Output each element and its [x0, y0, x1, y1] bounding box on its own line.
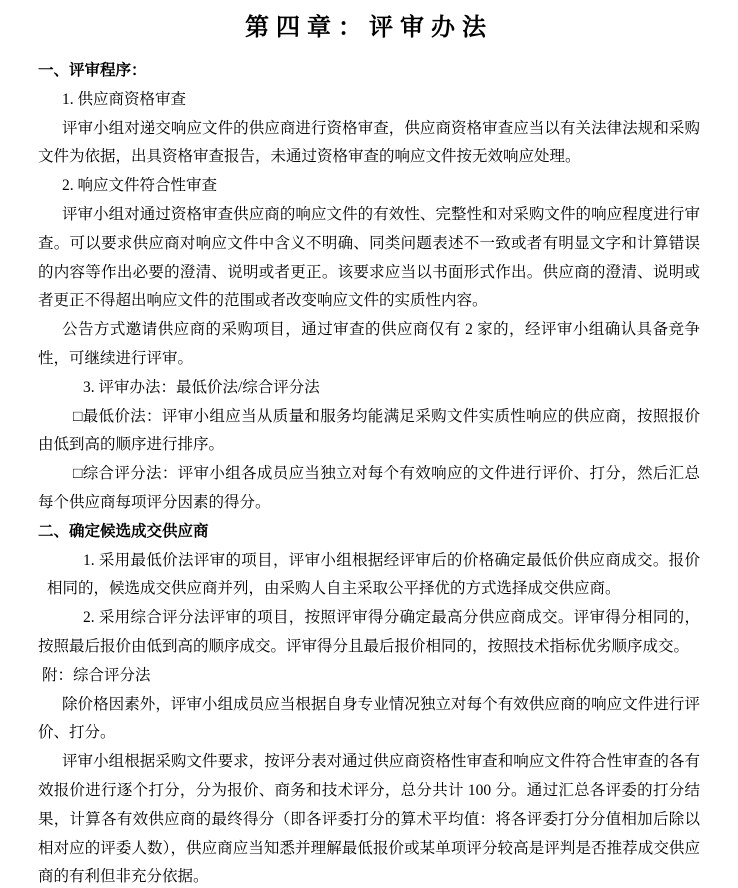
section-2-heading: 二、确定候选成交供应商: [38, 518, 700, 547]
paragraph-appendix-label: 附：综合评分法: [38, 662, 700, 691]
paragraph-lowest-price-award-rule: 1. 采用最低价法评审的项目，评审小组根据经评审后的价格确定最低价供应商成交。报…: [38, 547, 700, 605]
paragraph-comprehensive-award-rule: 2. 采用综合评分法评审的项目，按照评审得分确定最高分供应商成交。评审得分相同的…: [38, 604, 700, 662]
document-body: 一、评审程序：1. 供应商资格审查评审小组对递交响应文件的供应商进行资格审查，供…: [38, 57, 700, 888]
paragraph-qualification-review-body: 评审小组对递交响应文件的供应商进行资格审查，供应商资格审查应当以有关法律法规和采…: [38, 115, 700, 173]
section-1-heading: 一、评审程序：: [38, 57, 700, 86]
document-page: { "document": { "title": "第四章：评审办法", "pa…: [0, 0, 738, 888]
chapter-title: 第四章：评审办法: [38, 12, 700, 44]
paragraph-appendix-scoring-detail: 评审小组根据采购文件要求，按评分表对通过供应商资格性审查和响应文件符合性审查的各…: [38, 748, 700, 888]
paragraph-lowest-price-method: □最低价法：评审小组应当从质量和服务均能满足采购文件实质性响应的供应商，按照报价…: [38, 403, 700, 461]
paragraph-conformity-review-label: 2. 响应文件符合性审查: [38, 172, 700, 201]
paragraph-two-suppliers-rule: 公告方式邀请供应商的采购项目，通过审查的供应商仅有 2 家的，经评审小组确认具备…: [38, 316, 700, 374]
page: 第四章：评审办法 一、评审程序：1. 供应商资格审查评审小组对递交响应文件的供应…: [0, 0, 738, 888]
paragraph-conformity-review-body: 评审小组对通过资格审查供应商的响应文件的有效性、完整性和对采购文件的响应程度进行…: [38, 201, 700, 316]
paragraph-evaluation-method-label: 3. 评审办法：最低价法/综合评分法: [38, 374, 700, 403]
paragraph-appendix-independent-scoring: 除价格因素外，评审小组成员应当根据自身专业情况独立对每个有效供应商的响应文件进行…: [38, 691, 700, 749]
paragraph-supplier-qualification-review-label: 1. 供应商资格审查: [38, 86, 700, 115]
paragraph-comprehensive-scoring-method: □综合评分法：评审小组各成员应当独立对每个有效响应的文件进行评价、打分，然后汇总…: [38, 460, 700, 518]
